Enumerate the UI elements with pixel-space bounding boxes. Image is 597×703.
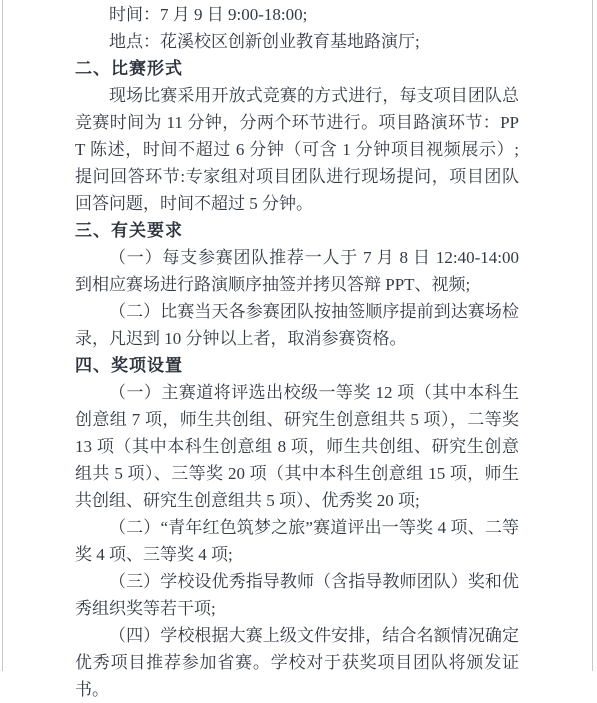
- line-event-time: 时间：7 月 9 日 9:00-18:00;: [75, 1, 519, 28]
- heading-awards: 四、奖项设置: [75, 352, 519, 379]
- heading-competition-format: 二、比赛形式: [75, 55, 519, 82]
- heading-requirements: 三、有关要求: [75, 217, 519, 244]
- para-award-advisor: （三）学校设优秀指导教师（含指导教师团队）奖和优秀组织奖等若干项;: [75, 568, 519, 622]
- para-competition-format: 现场比赛采用开放式竞赛的方式进行，每支项目团队总竞赛时间为 11 分钟，分两个环…: [75, 82, 519, 217]
- para-award-provincial: （四）学校根据大赛上级文件安排，结合名额情况确定优秀项目推荐参加省赛。学校对于获…: [75, 622, 519, 671]
- line-event-location: 地点：花溪校区创新创业教育基地路演厅;: [75, 28, 519, 55]
- para-requirement-1: （一）每支参赛团队推荐一人于 7 月 8 日 12:40-14:00 到相应赛场…: [75, 244, 519, 298]
- para-award-red-journey-track: （二）“青年红色筑梦之旅”赛道评出一等奖 4 项、二等奖 4 项、三等奖 4 项…: [75, 514, 519, 568]
- para-award-main-track: （一）主赛道将评选出校级一等奖 12 项（其中本科生创意组 7 项，师生共创组、…: [75, 379, 519, 514]
- para-requirement-2: （二）比赛当天各参赛团队按抽签顺序提前到达赛场检录，凡迟到 10 分钟以上者，取…: [75, 298, 519, 352]
- document-content: 时间：7 月 9 日 9:00-18:00; 地点：花溪校区创新创业教育基地路演…: [3, 0, 592, 671]
- document-page: 时间：7 月 9 日 9:00-18:00; 地点：花溪校区创新创业教育基地路演…: [2, 0, 593, 671]
